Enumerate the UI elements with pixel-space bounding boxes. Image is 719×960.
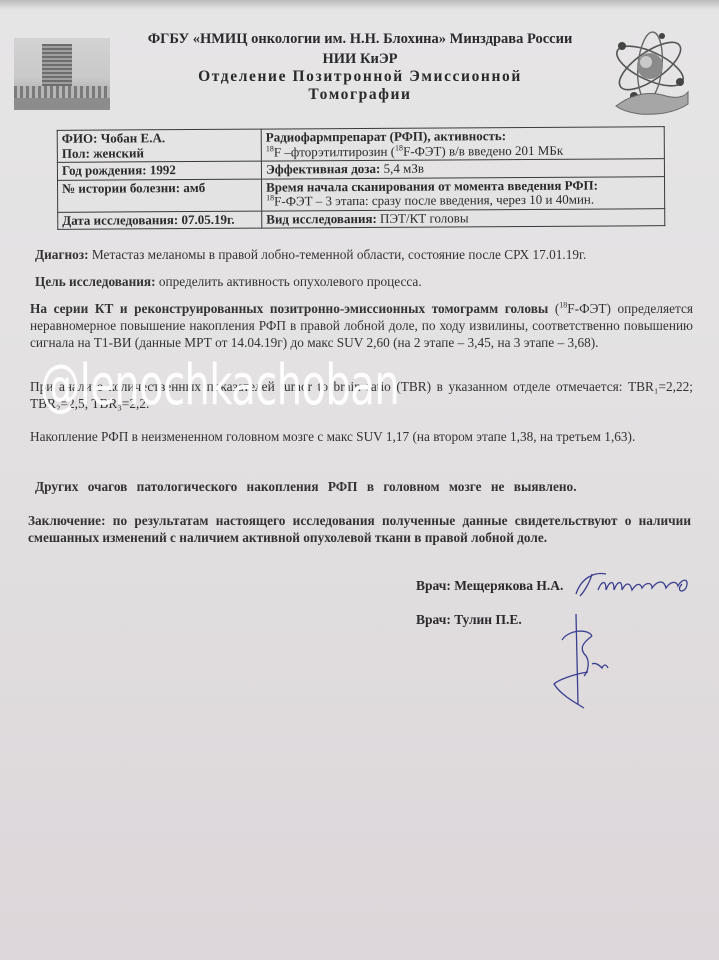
table-row: № истории болезни: амб Время начала скан… [58,176,665,212]
radiopharmaceutical-cell: Радиофармпрепарат (РФП), активность: 18F… [261,127,664,161]
findings-paragraph: На серии КТ и реконструированных позитро… [30,300,693,351]
study-date-cell: Дата исследования: 07.05.19г. [58,211,262,230]
study-date-label: Дата исследования: [62,212,178,228]
patient-name-sex-cell: ФИО: Чобан Е.А. Пол: женский [57,129,261,162]
patient-sex-label: Пол: [62,145,90,160]
doctor1-signature-icon [572,566,702,602]
isotope-close: F-ФЭТ) [567,301,611,316]
building-logo [14,38,110,110]
patient-name-value: Чобан Е.А. [101,130,165,145]
institute-name: НИИ КиЭР [110,51,610,68]
doctor1-signature-line: Врач: Мещерякова Н.А. [416,578,563,594]
radiopharmaceutical-value-b: F-ФЭТ) в/в введено 201 МБк [403,142,563,158]
conclusion-paragraph: Заключение: по результатам настоящего ис… [28,512,691,546]
normal-brain-uptake-paragraph: Накопление РФП в неизмененном головном м… [30,428,693,445]
birth-year-label: Год рождения: [62,162,147,178]
study-goal-paragraph: Цель исследования: определить активность… [35,273,698,290]
watermark-handle: @lenochkachoban [40,353,544,418]
effective-dose-label: Эффективная доза: [266,161,380,177]
isotope-open: ( [548,301,559,316]
study-type-label: Вид исследования: [266,210,377,226]
doctor2-signature-line: Врач: Тулин П.Е. [416,612,522,628]
department-name-line1: Отделение Позитронной Эмиссионной [110,68,610,86]
radiopharmaceutical-value-a: F –фторэтилтирозин ( [274,143,395,159]
scan-timing-value: F-ФЭТ – 3 этапа: сразу после введения, ч… [274,192,594,209]
isotope-mass-number: 18 [266,193,274,202]
diagnosis-label: Диагноз: [35,247,89,262]
patient-info-table: ФИО: Чобан Е.А. Пол: женский Радиофармпр… [57,126,666,230]
institution-name: ФГБУ «НМИЦ онкологии им. Н.Н. Блохина» М… [110,31,610,48]
scan-timing-cell: Время начала сканирования от момента вве… [262,176,665,210]
study-goal-text: определить активность опухолевого процес… [156,274,422,289]
study-date-value: 07.05.19г. [181,211,234,226]
doctor2-signature-icon [548,612,628,712]
diagnosis-paragraph: Диагноз: Метастаз меланомы в правой лобн… [35,246,698,263]
department-name-line2: Томографии [110,86,610,104]
photo-edge-shadow [0,0,719,10]
diagnosis-text: Метастаз меланомы в правой лобно-теменно… [89,247,587,262]
conclusion-text: по результатам настоящего исследования п… [28,513,691,545]
isotope-mass-number: 18 [266,144,274,153]
conclusion-label: Заключение: [28,513,106,528]
atom-hand-logo [610,26,690,118]
study-goal-label: Цель исследования: [35,274,156,289]
history-number-label: № истории болезни: [62,180,180,196]
effective-dose-value: 5,4 мЗв [384,161,424,176]
study-type-cell: Вид исследования: ПЭТ/КТ головы [262,208,665,228]
table-row: ФИО: Чобан Е.А. Пол: женский Радиофармпр… [57,127,664,163]
no-other-foci-paragraph: Других очагов патологического накопления… [35,478,698,495]
birth-year-cell: Год рождения: 1992 [57,161,261,180]
patient-name-label: ФИО: [62,131,98,146]
findings-intro: На серии КТ и реконструированных позитро… [30,301,548,316]
history-number-value: амб [183,179,205,194]
study-type-value: ПЭТ/КТ головы [380,210,469,226]
table-row: Дата исследования: 07.05.19г. Вид исслед… [58,208,665,229]
history-number-cell: № истории болезни: амб [58,179,262,212]
birth-year-value: 1992 [150,162,176,177]
patient-sex-value: женский [93,145,144,160]
